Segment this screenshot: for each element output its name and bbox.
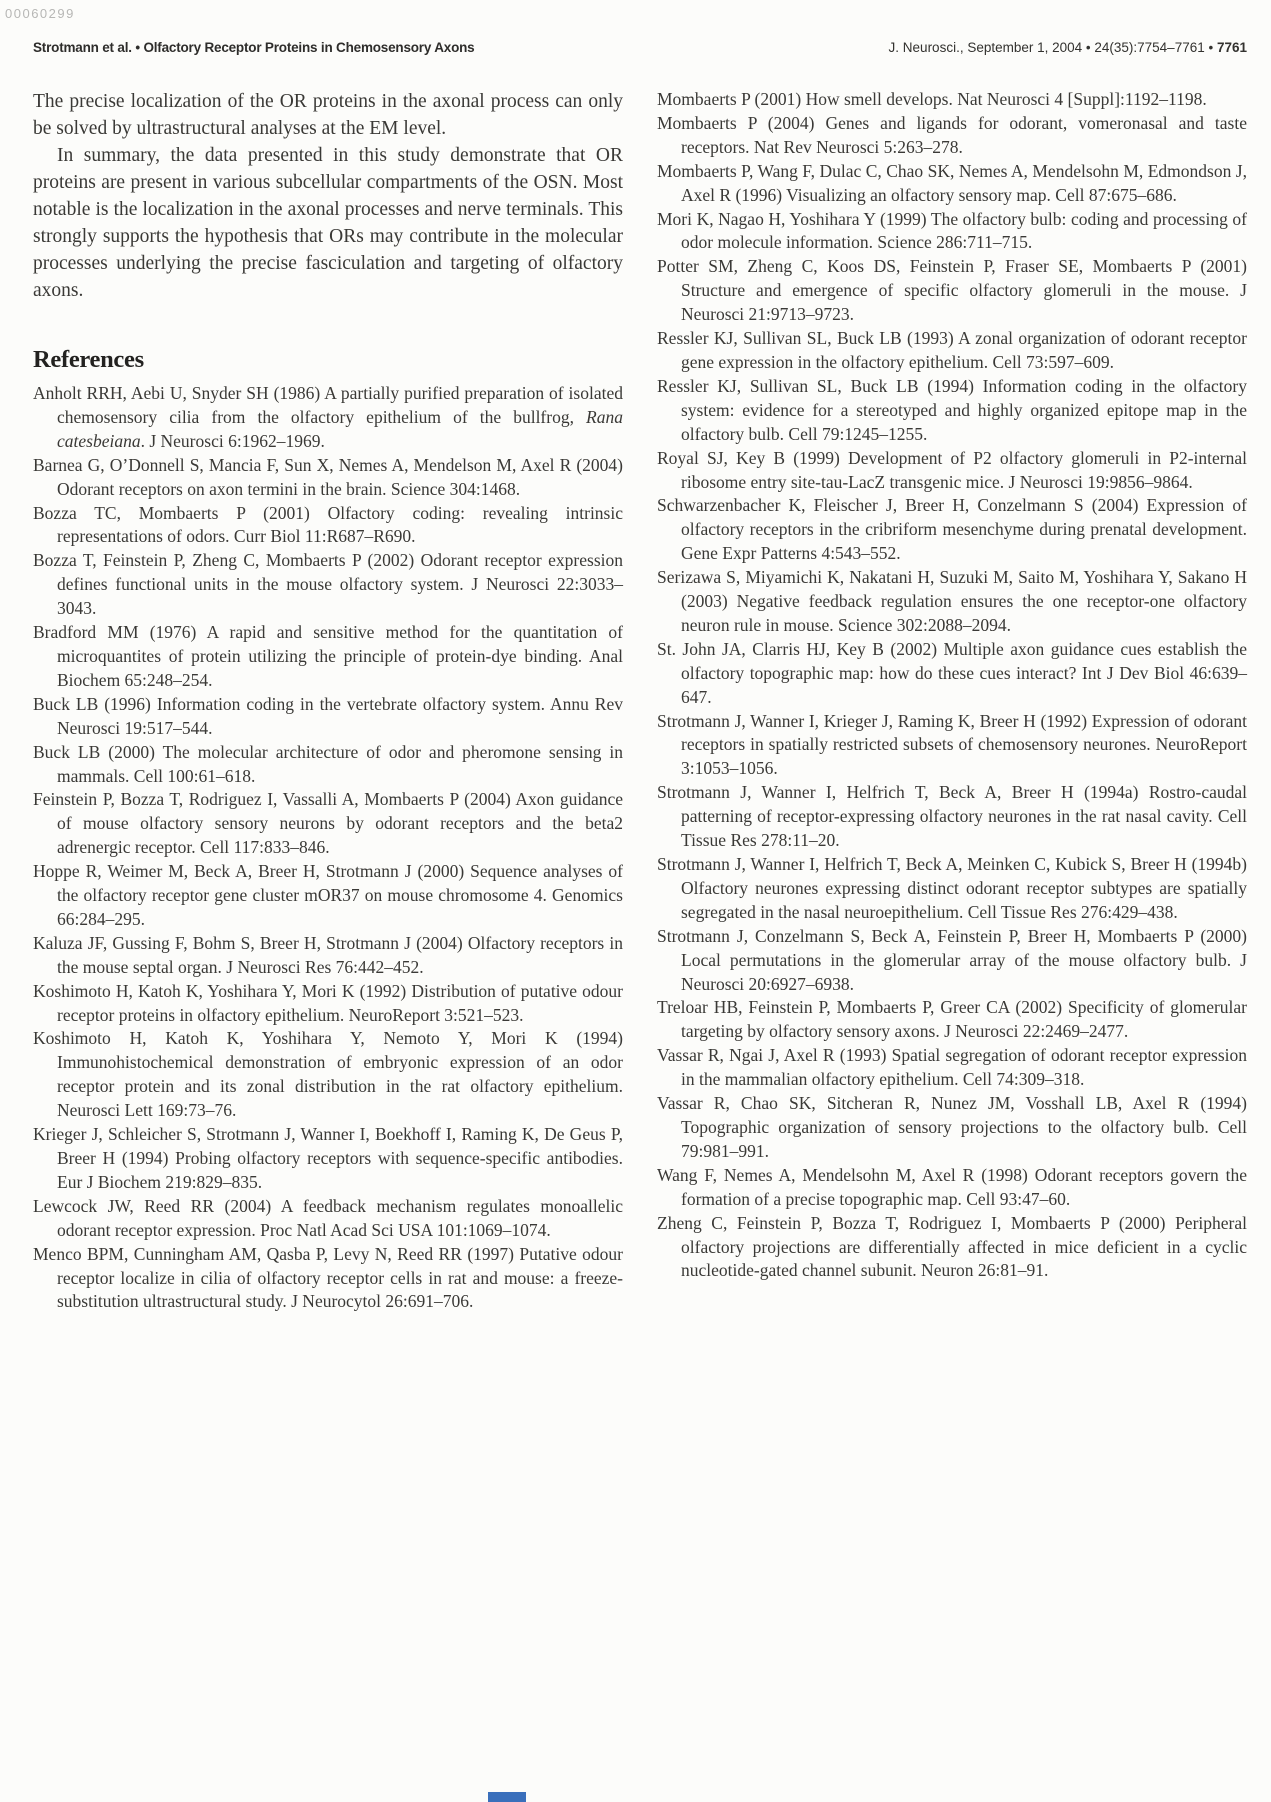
journal-page: 00060299 Strotmann et al. • Olfactory Re… bbox=[0, 0, 1271, 1802]
running-head-authors-title: Strotmann et al. • Olfactory Receptor Pr… bbox=[33, 40, 474, 55]
reference-entry: Kaluza JF, Gussing F, Bohm S, Breer H, S… bbox=[33, 932, 623, 980]
reference-entry: Hoppe R, Weimer M, Beck A, Breer H, Stro… bbox=[33, 860, 623, 932]
reference-entry: Strotmann J, Wanner I, Krieger J, Raming… bbox=[657, 710, 1247, 782]
reference-entry: Wang F, Nemes A, Mendelsohn M, Axel R (1… bbox=[657, 1164, 1247, 1212]
reference-entry: Koshimoto H, Katoh K, Yoshihara Y, Mori … bbox=[33, 980, 623, 1028]
reference-entry: Vassar R, Chao SK, Sitcheran R, Nunez JM… bbox=[657, 1092, 1247, 1164]
reference-entry: Strotmann J, Wanner I, Helfrich T, Beck … bbox=[657, 781, 1247, 853]
reference-entry: Anholt RRH, Aebi U, Snyder SH (1986) A p… bbox=[33, 382, 623, 454]
references-heading: References bbox=[33, 346, 623, 374]
reference-entry: Mombaerts P (2004) Genes and ligands for… bbox=[657, 112, 1247, 160]
reference-entry: Royal SJ, Key B (1999) Development of P2… bbox=[657, 447, 1247, 495]
scan-stamp-number: 00060299 bbox=[5, 6, 75, 21]
reference-entry: Mombaerts P (2001) How smell develops. N… bbox=[657, 88, 1247, 112]
right-column: Mombaerts P (2001) How smell develops. N… bbox=[657, 88, 1247, 1314]
reference-entry: Krieger J, Schleicher S, Strotmann J, Wa… bbox=[33, 1123, 623, 1195]
reference-entry: Potter SM, Zheng C, Koos DS, Feinstein P… bbox=[657, 255, 1247, 327]
discussion-paragraph: The precise localization of the OR prote… bbox=[33, 88, 623, 142]
running-head-citation: J. Neurosci., September 1, 2004 • 24(35)… bbox=[889, 40, 1247, 55]
reference-entry: St. John JA, Clarris HJ, Key B (2002) Mu… bbox=[657, 638, 1247, 710]
reference-entry: Mori K, Nagao H, Yoshihara Y (1999) The … bbox=[657, 208, 1247, 256]
two-column-layout: The precise localization of the OR prote… bbox=[33, 88, 1247, 1314]
reference-entry: Bradford MM (1976) A rapid and sensitive… bbox=[33, 621, 623, 693]
reference-entry: Buck LB (2000) The molecular architectur… bbox=[33, 741, 623, 789]
reference-entry: Vassar R, Ngai J, Axel R (1993) Spatial … bbox=[657, 1044, 1247, 1092]
reference-entry: Barnea G, O’Donnell S, Mancia F, Sun X, … bbox=[33, 454, 623, 502]
references-list-left: Anholt RRH, Aebi U, Snyder SH (1986) A p… bbox=[33, 382, 623, 1314]
reference-entry: Koshimoto H, Katoh K, Yoshihara Y, Nemot… bbox=[33, 1027, 623, 1123]
reference-entry: Serizawa S, Miyamichi K, Nakatani H, Suz… bbox=[657, 566, 1247, 638]
reference-entry: Ressler KJ, Sullivan SL, Buck LB (1994) … bbox=[657, 375, 1247, 447]
left-column: The precise localization of the OR prote… bbox=[33, 88, 623, 1314]
reference-entry: Schwarzenbacher K, Fleischer J, Breer H,… bbox=[657, 494, 1247, 566]
citation-text: J. Neurosci., September 1, 2004 • 24(35)… bbox=[889, 40, 1217, 55]
reference-entry: Strotmann J, Wanner I, Helfrich T, Beck … bbox=[657, 853, 1247, 925]
scan-artifact-mark bbox=[488, 1792, 526, 1802]
reference-entry: Lewcock JW, Reed RR (2004) A feedback me… bbox=[33, 1195, 623, 1243]
reference-entry: Zheng C, Feinstein P, Bozza T, Rodriguez… bbox=[657, 1212, 1247, 1284]
reference-text: . J Neurosci 6:1962–1969. bbox=[141, 431, 325, 451]
reference-entry: Bozza TC, Mombaerts P (2001) Olfactory c… bbox=[33, 502, 623, 550]
discussion-paragraph: In summary, the data presented in this s… bbox=[33, 142, 623, 304]
reference-entry: Buck LB (1996) Information coding in the… bbox=[33, 693, 623, 741]
page-number: 7761 bbox=[1217, 40, 1247, 55]
running-head: Strotmann et al. • Olfactory Receptor Pr… bbox=[33, 40, 1247, 55]
reference-entry: Bozza T, Feinstein P, Zheng C, Mombaerts… bbox=[33, 549, 623, 621]
reference-entry: Strotmann J, Conzelmann S, Beck A, Feins… bbox=[657, 925, 1247, 997]
reference-entry: Ressler KJ, Sullivan SL, Buck LB (1993) … bbox=[657, 327, 1247, 375]
reference-entry: Feinstein P, Bozza T, Rodriguez I, Vassa… bbox=[33, 788, 623, 860]
references-list-right: Mombaerts P (2001) How smell develops. N… bbox=[657, 88, 1247, 1283]
reference-entry: Mombaerts P, Wang F, Dulac C, Chao SK, N… bbox=[657, 160, 1247, 208]
reference-entry: Menco BPM, Cunningham AM, Qasba P, Levy … bbox=[33, 1243, 623, 1315]
reference-entry: Treloar HB, Feinstein P, Mombaerts P, Gr… bbox=[657, 996, 1247, 1044]
reference-text: Anholt RRH, Aebi U, Snyder SH (1986) A p… bbox=[33, 383, 623, 427]
